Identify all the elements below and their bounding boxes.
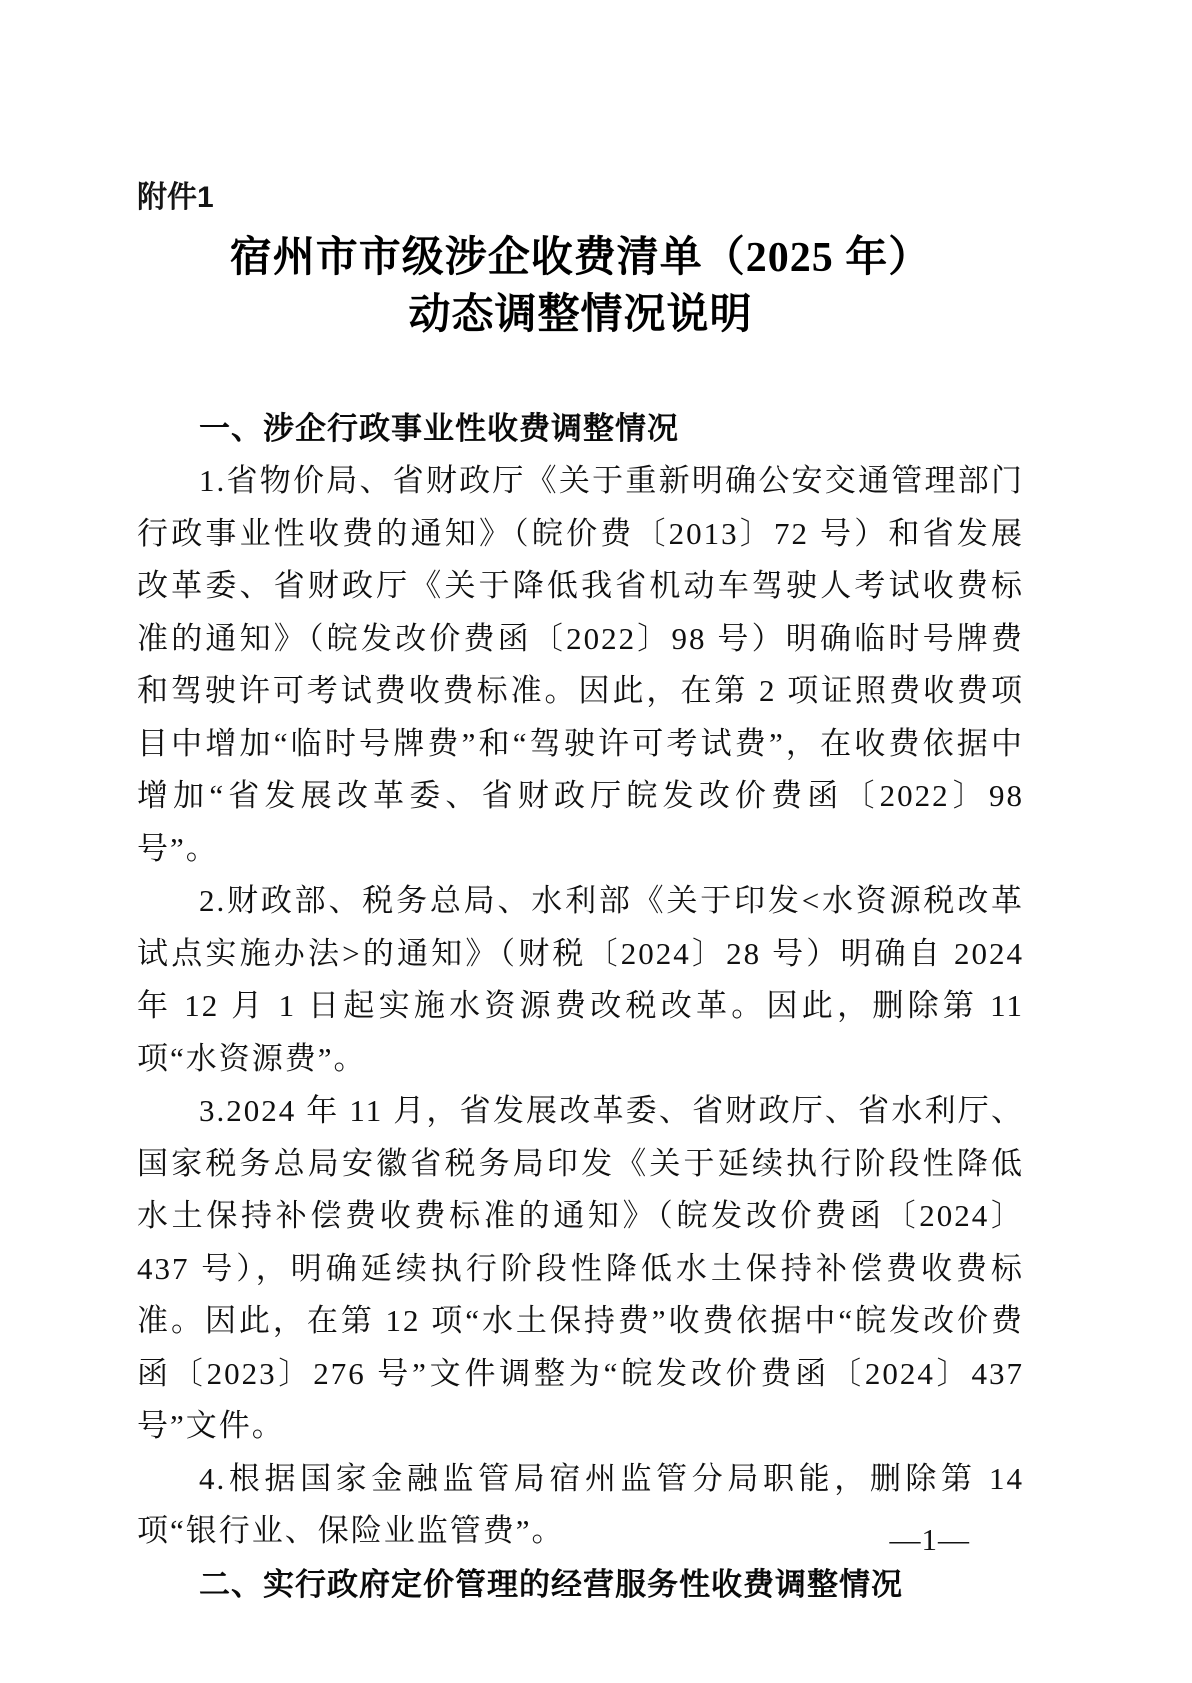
section-2-heading: 二、实行政府定价管理的经营服务性收费调整情况 xyxy=(137,1558,1024,1611)
attachment-label: 附件1 xyxy=(137,172,1024,216)
document-page: 附件1 宿州市市级涉企收费清单（2025 年） 动态调整情况说明 一、涉企行政事… xyxy=(0,0,1192,1683)
section-1-paragraph-3: 3.2024 年 11 月，省发展改革委、省财政厅、省水利厅、国家税务总局安徽省… xyxy=(137,1085,1024,1453)
document-title-line-2: 动态调整情况说明 xyxy=(408,292,752,338)
document-title: 宿州市市级涉企收费清单（2025 年） 动态调整情况说明 xyxy=(137,230,1024,344)
document-title-line-1: 宿州市市级涉企收费清单（2025 年） xyxy=(230,235,932,281)
page-number: —1— xyxy=(890,1522,971,1558)
document-body: 一、涉企行政事业性收费调整情况 1.省物价局、省财政厅《关于重新明确公安交通管理… xyxy=(137,402,1024,1611)
section-1-paragraph-1: 1.省物价局、省财政厅《关于重新明确公安交通管理部门行政事业性收费的通知》（皖价… xyxy=(137,455,1024,875)
section-1-paragraph-2: 2.财政部、税务总局、水利部《关于印发<水资源税改革试点实施办法>的通知》（财税… xyxy=(137,875,1024,1085)
section-1-heading: 一、涉企行政事业性收费调整情况 xyxy=(137,402,1024,455)
